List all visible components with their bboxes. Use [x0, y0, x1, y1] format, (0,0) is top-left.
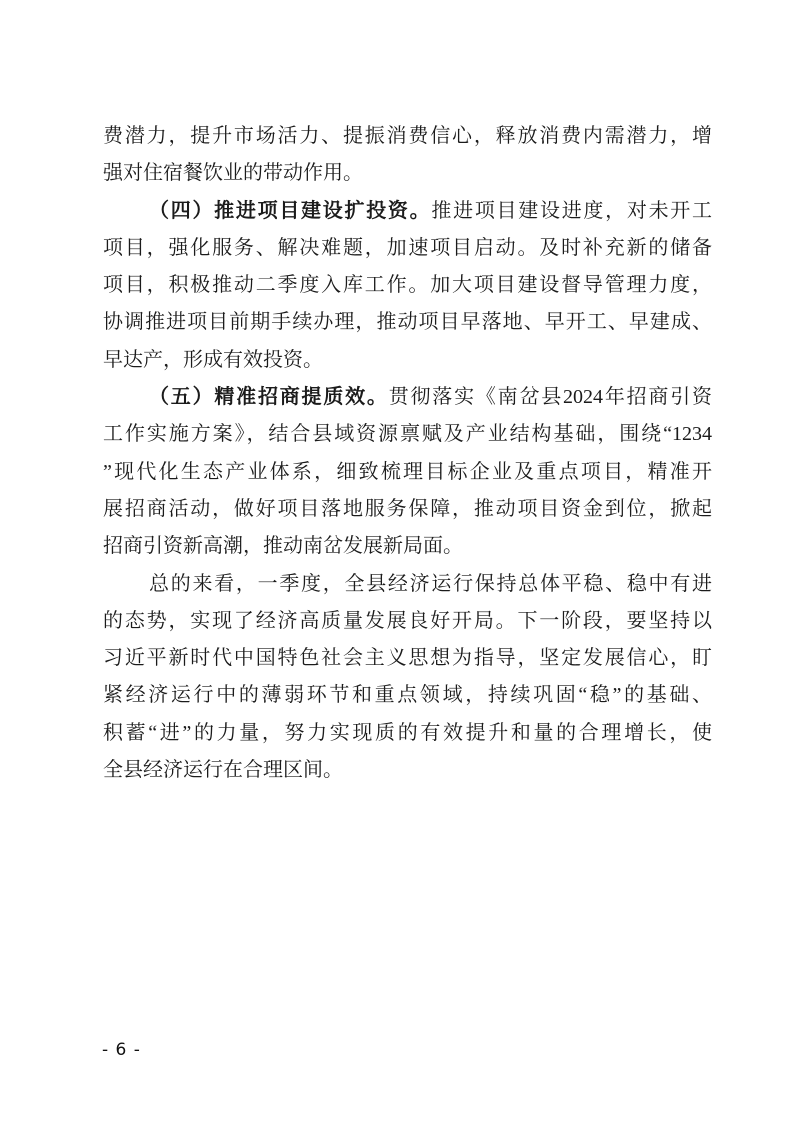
line-text: 强对住宿餐饮业的带动作用。 — [103, 162, 363, 184]
document-page: 费潜力，提升市场活力、提振消费信心，释放消费内需潜力，增强对住宿餐饮业的带动作用… — [0, 0, 793, 1122]
line-text: 展招商活动，做好项目落地服务保障，推动项目资金到位，掀起 — [103, 498, 712, 520]
section-heading: （五）精准招商提质效。 — [149, 386, 389, 408]
line-text: 贯彻落实《南岔县2024年招商引资 — [389, 386, 712, 408]
line-text: 的态势，实现了经济高质量发展良好开局。下一阶段，要坚持以 — [103, 610, 712, 632]
document-line: 招商引资新高潮，推动南岔发展新局面。 — [103, 528, 712, 565]
document-line: 项目，积极推动二季度入库工作。加大项目建设督导管理力度， — [103, 267, 712, 304]
document-line: ”现代化生态产业体系，细致梳理目标企业及重点项目，精准开 — [103, 454, 712, 491]
line-text: 早达产，形成有效投资。 — [103, 349, 323, 371]
document-line: 强对住宿餐饮业的带动作用。 — [103, 155, 712, 192]
page-number: - 6 - — [102, 1040, 141, 1060]
section-heading: （四）推进项目建设扩投资。 — [149, 200, 431, 222]
line-text: 习近平新时代中国特色社会主义思想为指导，坚定发展信心，盯 — [103, 647, 712, 669]
line-text: 招商引资新高潮，推动南岔发展新局面。 — [103, 535, 463, 557]
document-line: 项目，强化服务、解决难题，加速项目启动。及时补充新的储备 — [103, 230, 712, 267]
line-text: ”现代化生态产业体系，细致梳理目标企业及重点项目，精准开 — [103, 461, 712, 483]
line-text: 全县经济运行在合理区间。 — [103, 759, 343, 781]
line-text: 总的来看，一季度，全县经济运行保持总体平稳、稳中有进 — [149, 573, 712, 595]
document-line: 积蓄“进”的力量，努力实现质的有效提升和量的合理增长，使 — [103, 715, 712, 752]
document-line: 总的来看，一季度，全县经济运行保持总体平稳、稳中有进 — [103, 566, 712, 603]
line-text: 紧经济运行中的薄弱环节和重点领域，持续巩固“稳”的基础、 — [103, 684, 712, 706]
line-text: 推进项目建设进度，对未开工 — [431, 200, 712, 222]
document-line: （五）精准招商提质效。贯彻落实《南岔县2024年招商引资 — [103, 379, 712, 416]
line-text: 项目，强化服务、解决难题，加速项目启动。及时补充新的储备 — [103, 237, 712, 259]
line-text: 工作实施方案》，结合县域资源禀赋及产业结构基础，围绕“1234 — [103, 423, 712, 445]
line-text: 协调推进项目前期手续办理，推动项目早落地、早开工、早建成、 — [103, 311, 712, 333]
document-line: 费潜力，提升市场活力、提振消费信心，释放消费内需潜力，增 — [103, 118, 712, 155]
document-line: （四）推进项目建设扩投资。推进项目建设进度，对未开工 — [103, 193, 712, 230]
document-line: 习近平新时代中国特色社会主义思想为指导，坚定发展信心，盯 — [103, 640, 712, 677]
line-text: 积蓄“进”的力量，努力实现质的有效提升和量的合理增长，使 — [103, 722, 712, 744]
line-text: 项目，积极推动二季度入库工作。加大项目建设督导管理力度， — [103, 274, 712, 296]
line-text: 费潜力，提升市场活力、提振消费信心，释放消费内需潜力，增 — [103, 125, 712, 147]
document-line: 协调推进项目前期手续办理，推动项目早落地、早开工、早建成、 — [103, 304, 712, 341]
document-line: 的态势，实现了经济高质量发展良好开局。下一阶段，要坚持以 — [103, 603, 712, 640]
document-line: 早达产，形成有效投资。 — [103, 342, 712, 379]
document-line: 工作实施方案》，结合县域资源禀赋及产业结构基础，围绕“1234 — [103, 416, 712, 453]
document-line: 紧经济运行中的薄弱环节和重点领域，持续巩固“稳”的基础、 — [103, 677, 712, 714]
document-line: 展招商活动，做好项目落地服务保障，推动项目资金到位，掀起 — [103, 491, 712, 528]
document-line: 全县经济运行在合理区间。 — [103, 752, 712, 789]
document-text: 费潜力，提升市场活力、提振消费信心，释放消费内需潜力，增强对住宿餐饮业的带动作用… — [103, 118, 712, 789]
